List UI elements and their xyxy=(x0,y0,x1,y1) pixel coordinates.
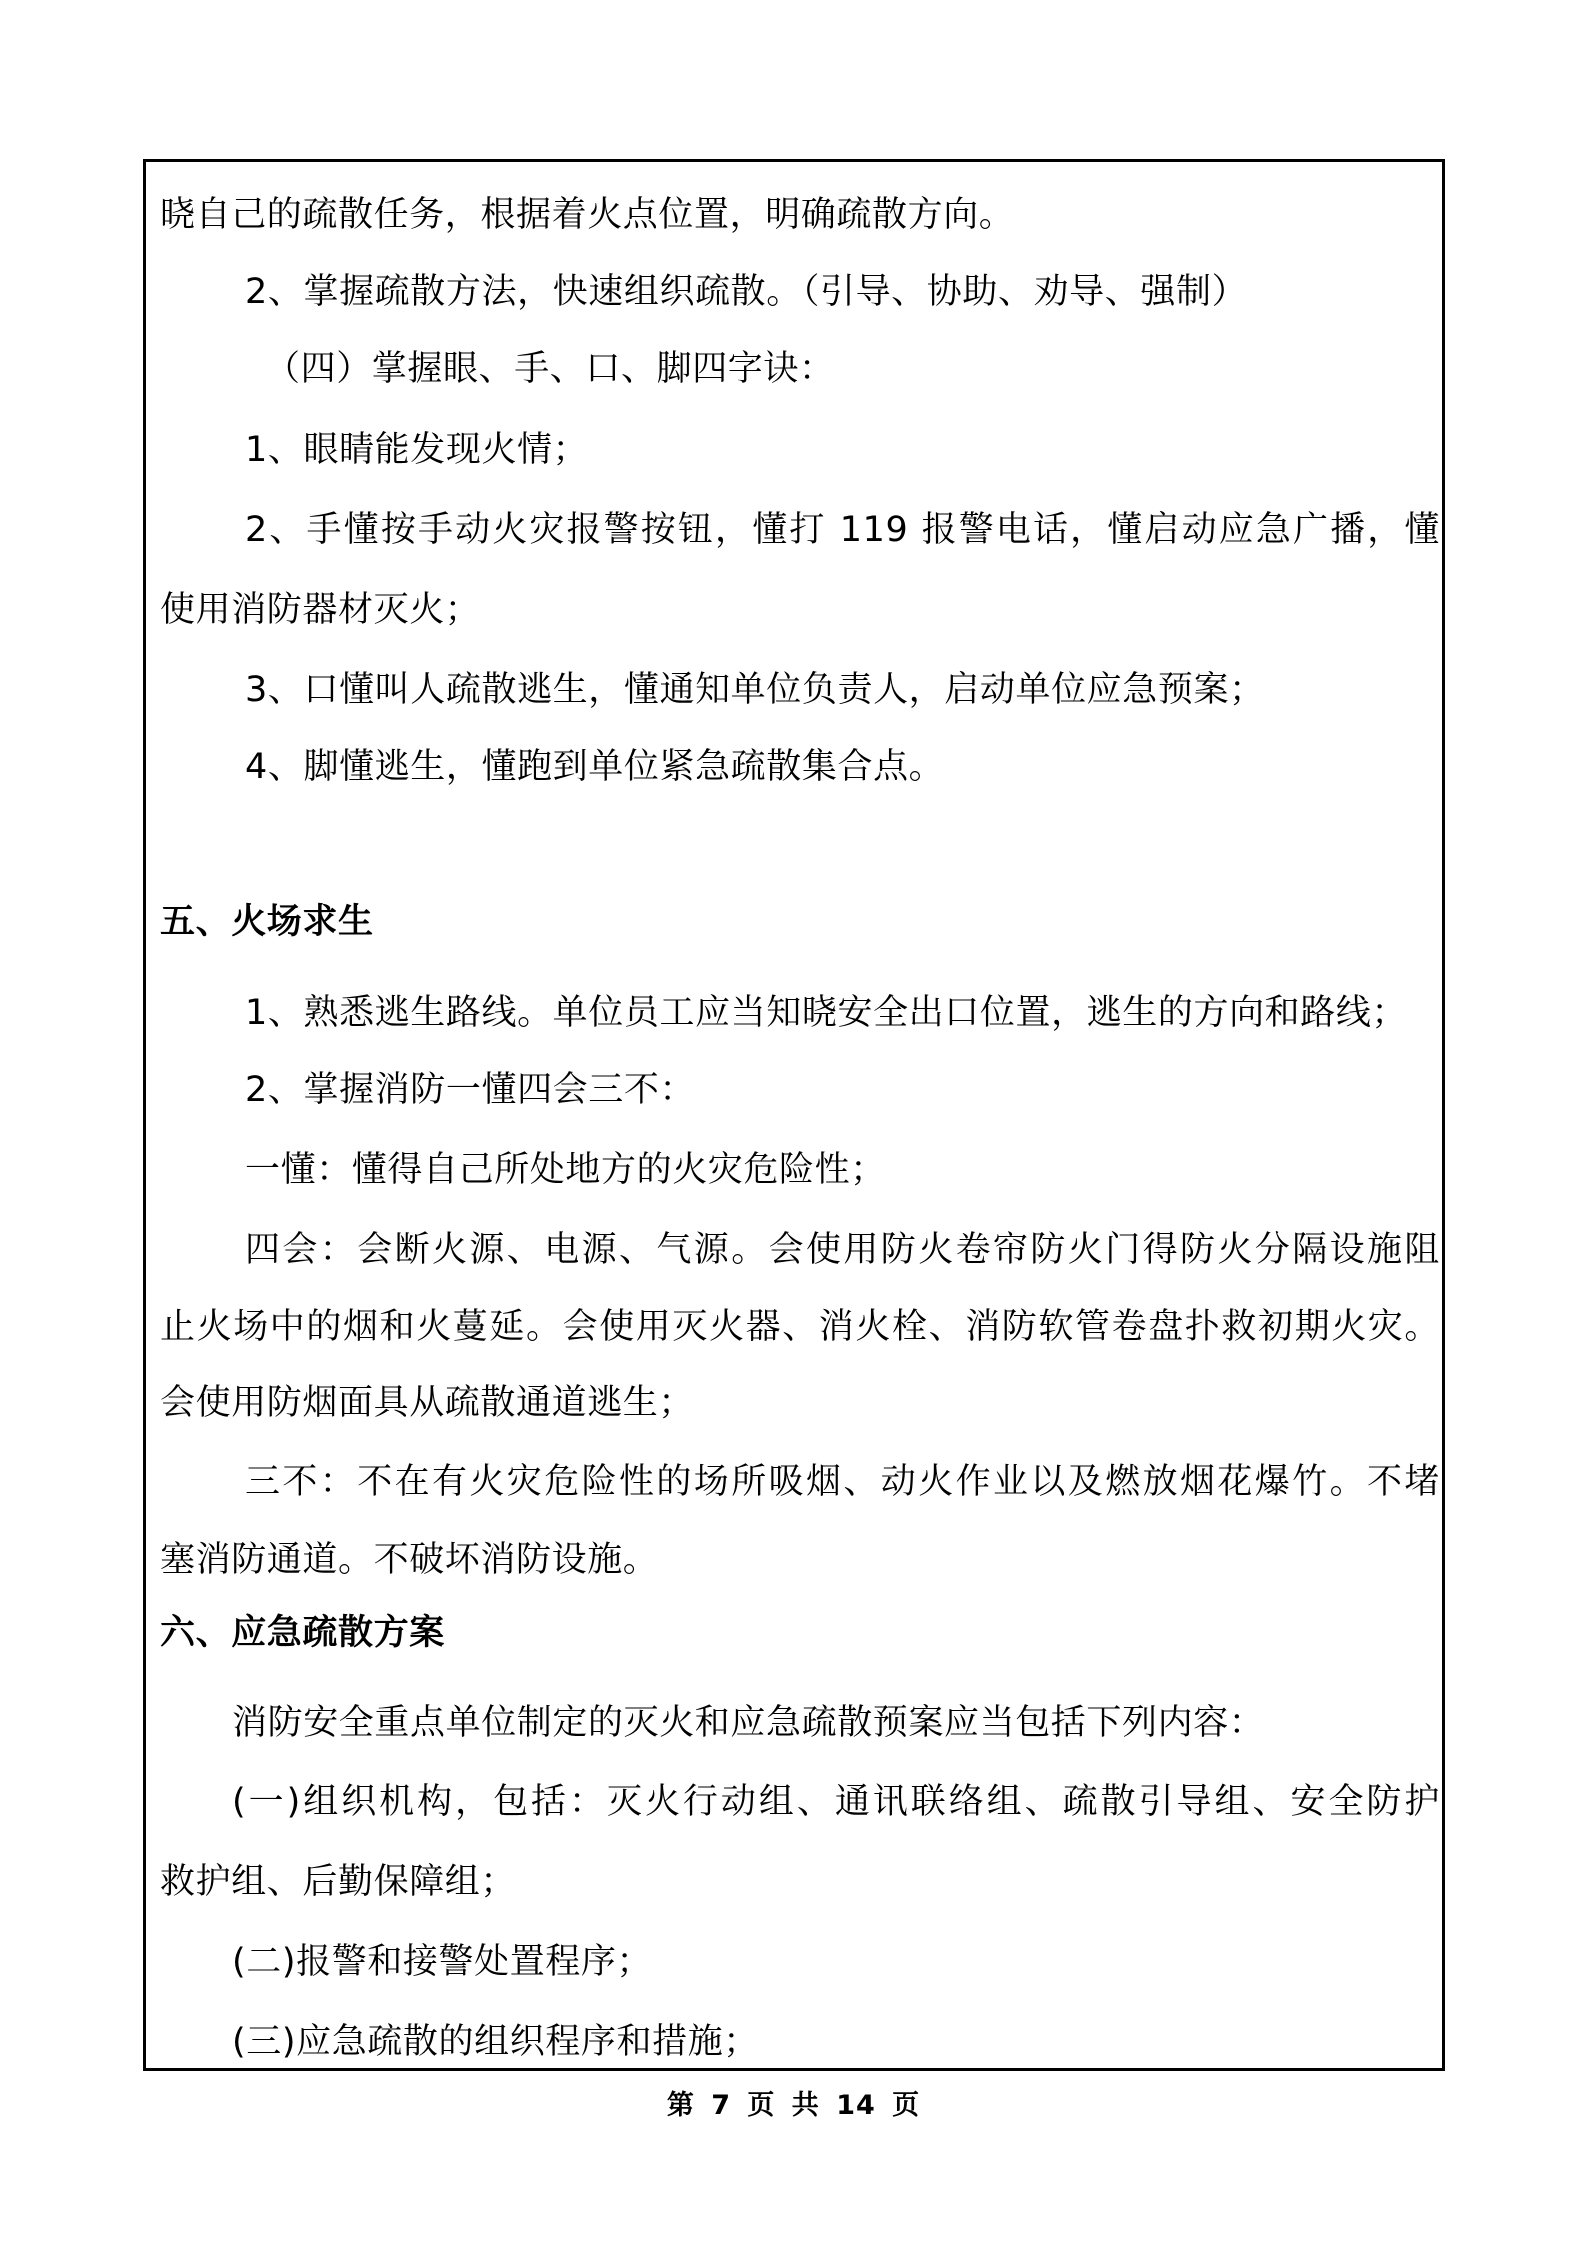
list-item: 三不：不在有火灾危险性的场所吸烟、动火作业以及燃放烟花爆竹。不堵 xyxy=(245,1443,1440,1521)
paragraph-line: 止火场中的烟和火蔓延。会使用灭火器、消火栓、消防软管卷盘扑救初期火灾。 xyxy=(160,1288,1440,1366)
section-heading: 六、应急疏散方案 xyxy=(160,1594,1442,1672)
paragraph-line: 救护组、后勤保障组； xyxy=(160,1843,1442,1921)
list-item: (二)报警和接警处置程序； xyxy=(232,1923,1514,2001)
list-item: (三)应急疏散的组织程序和措施； xyxy=(232,2003,1514,2081)
list-item: 1、眼睛能发现火情； xyxy=(245,411,1527,489)
paragraph-line: 消防安全重点单位制定的灭火和应急疏散预案应当包括下列内容： xyxy=(232,1684,1514,1762)
list-item: 3、口懂叫人疏散逃生，懂通知单位负责人，启动单位应急预案； xyxy=(245,651,1527,729)
paragraph-line: 塞消防通道。不破坏消防设施。 xyxy=(160,1521,1442,1599)
paragraph-line: 会使用防烟面具从疏散通道逃生； xyxy=(160,1364,1442,1442)
list-item: (一)组织机构，包括：灭火行动组、通讯联络组、疏散引导组、安全防护 xyxy=(232,1763,1440,1841)
list-item: 4、脚懂逃生，懂跑到单位紧急疏散集合点。 xyxy=(245,728,1527,806)
list-item: 2、掌握消防一懂四会三不： xyxy=(245,1051,1527,1129)
section-heading: 五、火场求生 xyxy=(160,883,1442,961)
paragraph-line: 晓自己的疏散任务，根据着火点位置，明确疏散方向。 xyxy=(160,176,1442,254)
list-item: 一懂：懂得自己所处地方的火灾危险性； xyxy=(245,1131,1527,1209)
list-item: 2、手懂按手动火灾报警按钮，懂打 119 报警电话，懂启动应急广播，懂 xyxy=(245,491,1440,569)
subheading: （四）掌握眼、手、口、脚四字诀： xyxy=(265,330,1547,408)
page-number-footer: 第 7 页 共 14 页 xyxy=(0,2086,1587,2126)
paragraph-line: 使用消防器材灭火； xyxy=(160,571,1442,649)
list-item: 四会：会断火源、电源、气源。会使用防火卷帘防火门得防火分隔设施阻 xyxy=(245,1211,1440,1289)
list-item: 1、熟悉逃生路线。单位员工应当知晓安全出口位置，逃生的方向和路线； xyxy=(245,974,1527,1052)
list-item: 2、掌握疏散方法，快速组织疏散。（引导、协助、劝导、强制） xyxy=(245,253,1527,331)
